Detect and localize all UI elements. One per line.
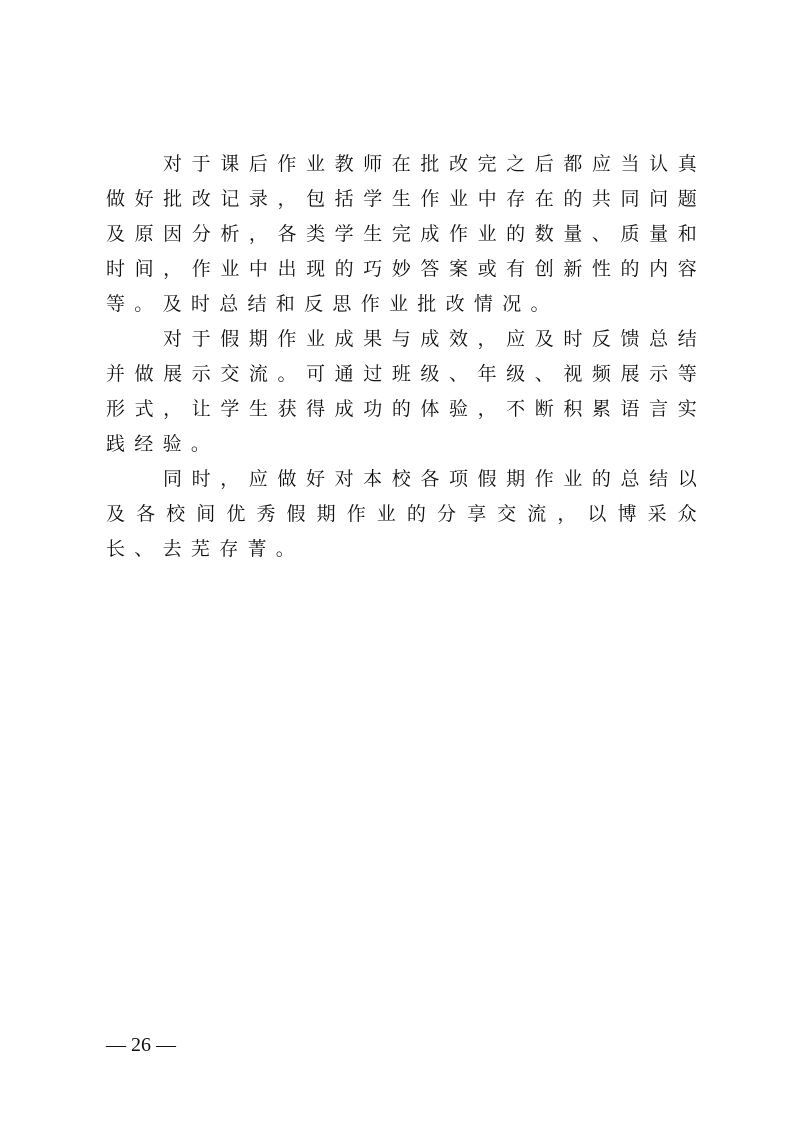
document-page: 对于课后作业教师在批改完之后都应当认真做好批改记录，包括学生作业中存在的共同问题… [0, 0, 794, 1123]
page-number: — 26 — [106, 1034, 176, 1057]
paragraph-homework-review: 对于课后作业教师在批改完之后都应当认真做好批改记录，包括学生作业中存在的共同问题… [106, 147, 706, 322]
paragraph-holiday-homework-feedback: 对于假期作业成果与成效，应及时反馈总结并做展示交流。可通过班级、年级、视频展示等… [106, 322, 706, 462]
body-text: 对于课后作业教师在批改完之后都应当认真做好批改记录，包括学生作业中存在的共同问题… [106, 147, 706, 567]
paragraph-summary-sharing: 同时，应做好对本校各项假期作业的总结以及各校间优秀假期作业的分享交流，以博采众长… [106, 462, 706, 567]
